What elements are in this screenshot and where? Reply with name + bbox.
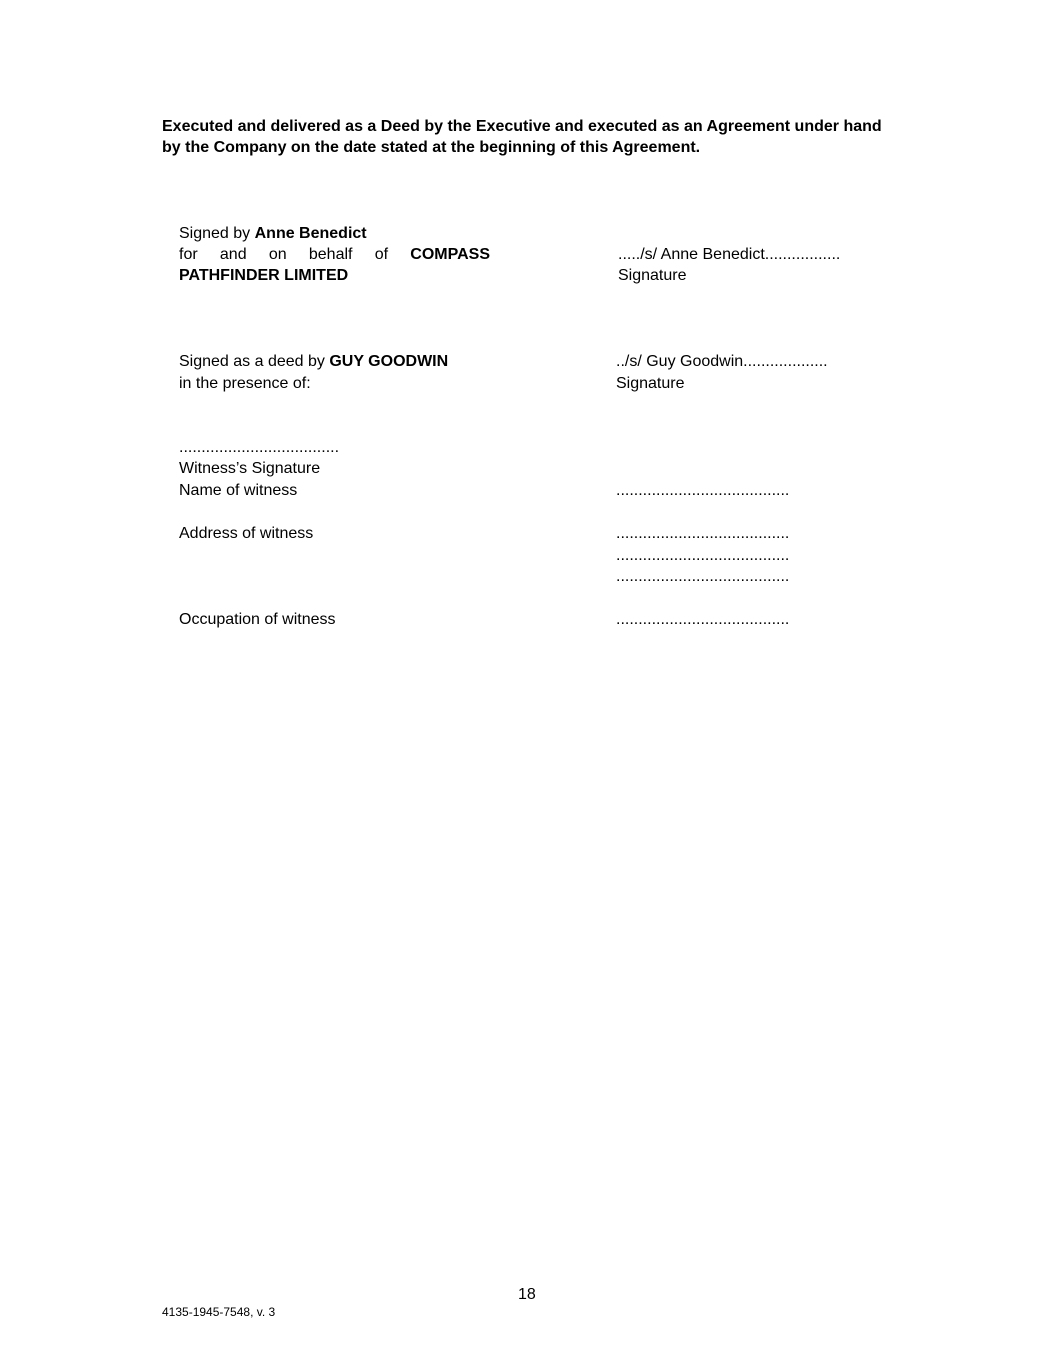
company-signature-label: Signature: [618, 265, 687, 286]
document-reference: 4135-1945-7548, v. 3: [162, 1305, 275, 1319]
witness-name-field[interactable]: .......................................: [616, 480, 789, 501]
witness-address-field-1[interactable]: .......................................: [616, 523, 789, 544]
company-signatory-name: Anne Benedict: [255, 225, 367, 242]
witness-address-field-2[interactable]: .......................................: [616, 545, 789, 566]
company-name-line2: PATHFINDER LIMITED: [179, 265, 348, 286]
company-name-line1: COMPASS: [410, 244, 490, 265]
executive-signature-label: Signature: [616, 373, 685, 394]
company-signature-value: ...../s/ Anne Benedict.................: [618, 244, 840, 265]
behalf-word: and: [220, 244, 247, 265]
behalf-word: on: [269, 244, 287, 265]
witness-address-field-3[interactable]: .......................................: [616, 566, 789, 587]
witness-address-label: Address of witness: [179, 523, 313, 544]
page-number: 18: [518, 1286, 536, 1304]
witness-signature-label: Witness’s Signature: [179, 458, 320, 479]
signed-by-prefix: Signed by: [179, 225, 255, 242]
executive-signature-value: ../s/ Guy Goodwin...................: [616, 351, 828, 372]
presence-text: in the presence of:: [179, 373, 311, 394]
witness-signature-line[interactable]: ....................................: [179, 437, 339, 458]
execution-clause: Executed and delivered as a Deed by the …: [162, 116, 902, 158]
signed-as-deed-prefix: Signed as a deed by: [179, 353, 329, 370]
on-behalf-line: for and on behalf of COMPASS: [179, 244, 490, 265]
behalf-word: for: [179, 244, 198, 265]
witness-occupation-field[interactable]: .......................................: [616, 609, 789, 630]
behalf-word: behalf: [309, 244, 353, 265]
behalf-word: of: [375, 244, 388, 265]
executive-signatory-name: GUY GOODWIN: [329, 353, 448, 370]
executive-signed-line: Signed as a deed by GUY GOODWIN: [179, 351, 448, 372]
witness-occupation-label: Occupation of witness: [179, 609, 336, 630]
witness-name-label: Name of witness: [179, 480, 297, 501]
company-signed-by-line: Signed by Anne Benedict: [179, 223, 367, 244]
